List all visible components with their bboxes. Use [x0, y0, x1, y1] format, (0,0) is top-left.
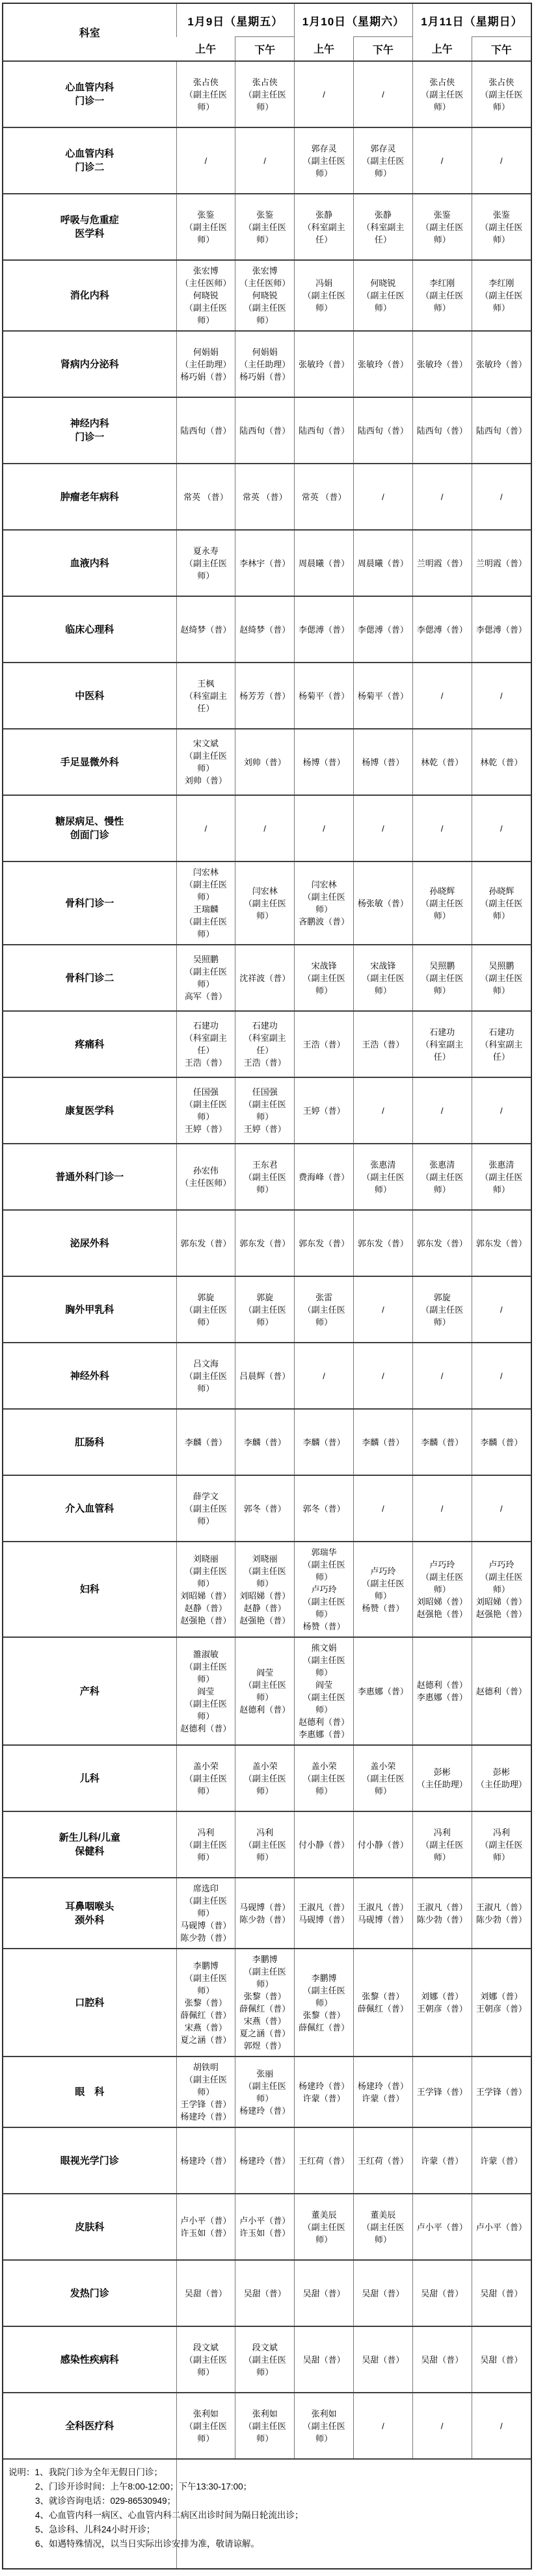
date-header-sunday: 1月11日（星期日） — [412, 4, 531, 37]
schedule-cell: / — [472, 1475, 531, 1542]
table-row: 血液内科 夏永寿 （副主任医师） 李林宇（普） 周晨曦（普） 周晨曦（普） 兰明… — [3, 530, 531, 596]
schedule-cell: 赵德利（普） — [472, 1637, 531, 1745]
schedule-cell: 杨建玲（普） — [235, 2127, 295, 2194]
schedule-cell: 陆西旬（普） — [412, 397, 472, 464]
schedule-cell: / — [353, 464, 412, 530]
schedule-cell: 胡铁明 （副主任医师） 王学锋（普） 杨建玲（普） — [176, 2057, 235, 2127]
schedule-cell: 张利如 （副主任医师） — [235, 2393, 295, 2458]
schedule-cell: 阎莹 （副主任医师） 赵德利（普） — [235, 1637, 295, 1745]
schedule-cell: / — [295, 795, 354, 861]
table-row: 消化内科 张宏博 （主任医师） 何晓锐 （副主任医师） 张宏博 （主任医师） 何… — [3, 260, 531, 331]
schedule-cell: 薛学文 （副主任医师） — [176, 1475, 235, 1542]
note-line: 6、如遇特殊情况，以当日实际出诊安排为准，敬请谅解。 — [8, 2537, 524, 2551]
department-name: 肛肠科 — [3, 1409, 176, 1475]
schedule-cell: 宋战锋 （副主任医师） — [295, 945, 354, 1011]
schedule-cell: 李麟（普） — [412, 1409, 472, 1475]
schedule-cell: 熊文娟 （副主任医师） 阎莹 （副主任医师） 赵德利（普） 李惠娜（普） — [295, 1637, 354, 1745]
schedule-cell: / — [472, 795, 531, 861]
department-name: 心血管内科 门诊一 — [3, 61, 176, 127]
department-name: 神经外科 — [3, 1343, 176, 1409]
department-name: 儿科 — [3, 1745, 176, 1811]
schedule-cell: 吴甜（普） — [295, 2260, 354, 2326]
schedule-cell: 王学锋（普） — [412, 2057, 472, 2127]
schedule-cell: / — [472, 1077, 531, 1144]
schedule-cell: 段文斌 （副主任医师） — [176, 2326, 235, 2393]
schedule-cell: 赵德利（普） 李惠娜（普） — [412, 1637, 472, 1745]
department-name: 皮肤科 — [3, 2194, 176, 2260]
schedule-cell: 周晨曦（普） — [295, 530, 354, 596]
schedule-cell: / — [472, 1276, 531, 1343]
schedule-cell: 赵绮梦（普） — [176, 596, 235, 663]
department-name: 胸外甲乳科 — [3, 1276, 176, 1343]
table-row: 心血管内科 门诊一 张占侠 （副主任医师） 张占侠 （副主任医师） / / 张占… — [3, 61, 531, 127]
schedule-cell: / — [353, 1475, 412, 1542]
schedule-cell: 董美辰 （副主任医师） — [295, 2194, 354, 2260]
schedule-cell: 周晨曦（普） — [353, 530, 412, 596]
table-row: 呼吸与危重症 医学科 张鉴 （副主任医师） 张鉴 （副主任医师） 张静 （科室副… — [3, 194, 531, 260]
schedule-table: 科室 1月9日（星期五） 1月10日（星期六） 1月11日（星期日） 上午 下午… — [3, 4, 531, 2458]
department-name: 疼痛科 — [3, 1011, 176, 1077]
schedule-cell: 杨张敏（普） — [353, 861, 412, 945]
schedule-cell: 杨菊平（普） — [295, 663, 354, 729]
department-name: 眼 科 — [3, 2057, 176, 2127]
table-row: 产科 雒淑敏 （副主任医师） 阎莹 （副主任医师） 赵德利（普） 阎莹 （副主任… — [3, 1637, 531, 1745]
schedule-cell: 李鹏博 （副主任医师） 张黎（普） 薛佩红（普） 宋燕（普） 夏之涵（普） — [176, 1949, 235, 2057]
department-column-header: 科室 — [3, 4, 176, 61]
schedule-cell: 冯利 （副主任医师） — [412, 1811, 472, 1878]
schedule-cell: 石建功 （科室副主任） — [472, 1011, 531, 1077]
schedule-cell: / — [353, 2393, 412, 2458]
schedule-cell: 常英 （普） — [176, 464, 235, 530]
schedule-cell: 石建功 （科室副主任） 王浩（普） — [235, 1011, 295, 1077]
schedule-cell: 卢巧玲 （副主任医师） 杨赞（普） — [353, 1542, 412, 1637]
table-row: 中医科 王枫 （科室副主任） 杨芳芳（普） 杨菊平（普） 杨菊平（普） / / — [3, 663, 531, 729]
schedule-cell: 李鹏博 （副主任医师） 张黎（普） 薛佩红（普） 宋燕（普） 夏之涵（普） 郭煜… — [235, 1949, 295, 2057]
department-name: 肿瘤老年病科 — [3, 464, 176, 530]
table-row: 心血管内科 门诊二 / / 郭存灵 （副主任医师） 郭存灵 （副主任医师） / … — [3, 127, 531, 194]
schedule-cell: / — [353, 61, 412, 127]
schedule-cell: / — [295, 1343, 354, 1409]
schedule-cell: 张鉴 （副主任医师） — [235, 194, 295, 260]
table-row: 皮肤科 卢小平（普） 许玉如（普） 卢小平（普） 许玉如（普） 董美辰 （副主任… — [3, 2194, 531, 2260]
table-row: 感染性疾病科 段文斌 （副主任医师） 段文斌 （副主任医师） 吴甜（普） 吴甜（… — [3, 2326, 531, 2393]
schedule-cell: / — [472, 2393, 531, 2458]
schedule-cell: 李鹏博 （副主任医师） 张黎（普） 薛佩红（普） — [295, 1949, 354, 2057]
schedule-cell: 杨菊平（普） — [353, 663, 412, 729]
schedule-cell: 吴照鹏 （副主任医师） — [472, 945, 531, 1011]
schedule-cell: 刘晓丽 （副主任医师） 刘昭娣（普） 赵静（普） 赵强艳（普） — [235, 1542, 295, 1637]
schedule-cell: 张占侠 （副主任医师） — [176, 61, 235, 127]
schedule-cell: 林乾（普） — [412, 729, 472, 795]
schedule-cell: 李惠娜（普） — [353, 1637, 412, 1745]
schedule-cell: 卢小平（普） — [412, 2194, 472, 2260]
schedule-cell: 常英 （普） — [295, 464, 354, 530]
schedule-cell: 卢巧玲 （副主任医师） 刘昭娣（普） 赵强艳（普） — [472, 1542, 531, 1637]
department-name: 普通外科门诊一 — [3, 1144, 176, 1210]
department-name: 感染性疾病科 — [3, 2326, 176, 2393]
schedule-cell: / — [353, 795, 412, 861]
schedule-cell: 吴甜（普） — [295, 2326, 354, 2393]
note-line: 3、就诊咨询电话：029-86530949； — [8, 2494, 524, 2508]
department-name: 康复医学科 — [3, 1077, 176, 1144]
department-name: 耳鼻咽喉头 颈外科 — [3, 1878, 176, 1949]
schedule-cell: 张鉴 （副主任医师） — [412, 194, 472, 260]
schedule-cell: 郭东发（普） — [353, 1210, 412, 1276]
schedule-cell: 彭彬 （主任助理） — [412, 1745, 472, 1811]
date-header-friday: 1月9日（星期五） — [176, 4, 295, 37]
department-name: 骨科门诊二 — [3, 945, 176, 1011]
department-name: 介入血管科 — [3, 1475, 176, 1542]
schedule-cell: 杨建玲（普） 许蒙（普） — [353, 2057, 412, 2127]
table-row: 发热门诊 吴甜（普） 吴甜（普） 吴甜（普） 吴甜（普） 吴甜（普） 吴甜（普） — [3, 2260, 531, 2326]
schedule-cell: 何娟娟 （主任助理） 杨巧娟（普） — [176, 331, 235, 397]
schedule-cell: 常英 （普） — [235, 464, 295, 530]
schedule-cell: 郭东发（普） — [472, 1210, 531, 1276]
schedule-cell: / — [412, 1343, 472, 1409]
schedule-cell: / — [412, 1077, 472, 1144]
schedule-cell: / — [176, 795, 235, 861]
schedule-cell: 郭冬（普） — [235, 1475, 295, 1542]
table-row: 手足显微外科 宋文斌 （副主任医师） 刘帅（普） 刘帅（普） 杨博（普） 杨博（… — [3, 729, 531, 795]
schedule-cell: 吴甜（普） — [353, 2260, 412, 2326]
schedule-cell: 卢巧玲 （副主任医师） 刘昭娣（普） 赵强艳（普） — [412, 1542, 472, 1637]
schedule-cell: 冯利 （副主任医师） — [176, 1811, 235, 1878]
schedule-cell: 吴甜（普） — [472, 2260, 531, 2326]
department-name: 发热门诊 — [3, 2260, 176, 2326]
department-name: 中医科 — [3, 663, 176, 729]
schedule-cell: 宋战锋 （副主任医师） — [353, 945, 412, 1011]
schedule-cell: 卢小平（普） — [472, 2194, 531, 2260]
department-name: 妇科 — [3, 1542, 176, 1637]
schedule-cell: / — [412, 795, 472, 861]
schedule-cell: / — [412, 2393, 472, 2458]
schedule-cell: 张丽 （副主任医师） 杨建玲（普） — [235, 2057, 295, 2127]
schedule-cell: 林乾（普） — [472, 729, 531, 795]
schedule-cell: 吴甜（普） — [235, 2260, 295, 2326]
table-row: 眼 科 胡铁明 （副主任医师） 王学锋（普） 杨建玲（普） 张丽 （副主任医师）… — [3, 2057, 531, 2127]
table-row: 临床心理科 赵绮梦（普） 赵绮梦（普） 李偲溥（普） 李偲溥（普） 李偲溥（普）… — [3, 596, 531, 663]
schedule-cell: 赵绮梦（普） — [235, 596, 295, 663]
schedule-cell: 郭存灵 （副主任医师） — [295, 127, 354, 194]
department-name: 全科医疗科 — [3, 2393, 176, 2458]
note-line: 4、心血管内科一病区、心血管内科二病区出诊时间为隔日轮流出诊； — [8, 2508, 524, 2523]
schedule-cell: 李麟（普） — [353, 1409, 412, 1475]
schedule-cell: 郭冬（普） — [295, 1475, 354, 1542]
schedule-cell: 李偲溥（普） — [353, 596, 412, 663]
schedule-cell: 孙宏伟 （主任医师） — [176, 1144, 235, 1210]
table-row: 口腔科 李鹏博 （副主任医师） 张黎（普） 薛佩红（普） 宋燕（普） 夏之涵（普… — [3, 1949, 531, 2057]
date-header-saturday: 1月10日（星期六） — [295, 4, 413, 37]
schedule-cell: 吴甜（普） — [176, 2260, 235, 2326]
schedule-cell: 卢小平（普） 许玉如（普） — [176, 2194, 235, 2260]
time-header-pm: 下午 — [472, 37, 531, 62]
table-row: 肿瘤老年病科 常英 （普） 常英 （普） 常英 （普） / / / — [3, 464, 531, 530]
time-header-pm: 下午 — [353, 37, 412, 62]
schedule-cell: 刘娜（普） 王朝彦（普） — [412, 1949, 472, 2057]
table-row: 新生儿科/儿童 保健科 冯利 （副主任医师） 冯利 （副主任医师） 付小静（普）… — [3, 1811, 531, 1878]
schedule-cell: 吕文海 （副主任医师） — [176, 1343, 235, 1409]
schedule-cell: 董美辰 （副主任医师） — [353, 2194, 412, 2260]
time-header-am: 上午 — [295, 37, 354, 62]
schedule-cell: 郭东发（普） — [235, 1210, 295, 1276]
schedule-cell: 张敏玲（普） — [412, 331, 472, 397]
schedule-cell: 李偲溥（普） — [295, 596, 354, 663]
table-row: 疼痛科 石建功 （科室副主任） 王浩（普） 石建功 （科室副主任） 王浩（普） … — [3, 1011, 531, 1077]
schedule-cell: 宋文斌 （副主任医师） 刘帅（普） — [176, 729, 235, 795]
schedule-cell: / — [353, 1077, 412, 1144]
schedule-cell: 闫宏林 （副主任医师） 吝鹏波（普） — [295, 861, 354, 945]
schedule-cell: 刘晓丽 （副主任医师） 刘昭娣（普） 赵静（普） 赵强艳（普） — [176, 1542, 235, 1637]
schedule-cell: 许蒙（普） — [412, 2127, 472, 2194]
schedule-cell: 张占侠 （副主任医师） — [412, 61, 472, 127]
schedule-cell: 段文斌 （副主任医师） — [235, 2326, 295, 2393]
schedule-cell: 李麟（普） — [472, 1409, 531, 1475]
schedule-cell: 冯利 （副主任医师） — [235, 1811, 295, 1878]
department-name: 血液内科 — [3, 530, 176, 596]
table-row: 康复医学科 任国强 （副主任医师） 王婷（普） 任国强 （副主任医师） 王婷（普… — [3, 1077, 531, 1144]
schedule-cell: 兰明霞（普） — [412, 530, 472, 596]
department-name: 产科 — [3, 1637, 176, 1745]
schedule-cell: 李偲溥（普） — [472, 596, 531, 663]
schedule-cell: 陆西旬（普） — [353, 397, 412, 464]
time-header-am: 上午 — [412, 37, 472, 62]
schedule-cell: 盖小荣 （副主任医师） — [353, 1745, 412, 1811]
schedule-cell: 许蒙（普） — [472, 2127, 531, 2194]
note-line: 说明：1、我院门诊为全年无假日门诊； — [8, 2465, 524, 2480]
schedule-cell: 张敏玲（普） — [353, 331, 412, 397]
department-name: 骨科门诊一 — [3, 861, 176, 945]
table-row: 糖尿病足、慢性 创面门诊 / / / / / / — [3, 795, 531, 861]
table-row: 眼视光学门诊 杨建玲（普） 杨建玲（普） 王红荷（普） 王红荷（普） 许蒙（普）… — [3, 2127, 531, 2194]
schedule-cell: 吕晨辉（普） — [235, 1343, 295, 1409]
schedule-cell: 张鉴 （副主任医师） — [472, 194, 531, 260]
schedule-cell: / — [472, 127, 531, 194]
schedule-cell: 李麟（普） — [176, 1409, 235, 1475]
schedule-cell: 雒淑敏 （副主任医师） 阎莹 （副主任医师） 赵德利（普） — [176, 1637, 235, 1745]
schedule-cell: 吴照鹏 （副主任医师） — [412, 945, 472, 1011]
schedule-cell: 王婷（普） — [295, 1077, 354, 1144]
schedule-cell: 兰明霞（普） — [472, 530, 531, 596]
schedule-cell: 陆西旬（普） — [295, 397, 354, 464]
schedule-cell: 任国强 （副主任医师） 王婷（普） — [176, 1077, 235, 1144]
schedule-cell: 郭瑞华 （副主任医师） 卢巧玲 （副主任医师） 杨赞（普） — [295, 1542, 354, 1637]
table-row: 泌尿外科 郭东发（普） 郭东发（普） 郭东发（普） 郭东发（普） 郭东发（普） … — [3, 1210, 531, 1276]
schedule-cell: 席选印 （副主任医师） 马砚博（普） 陈少勃（普） — [176, 1878, 235, 1949]
schedule-cell: 杨博（普） — [353, 729, 412, 795]
schedule-cell: 郭东发（普） — [295, 1210, 354, 1276]
schedule-cell: 王淑凡（普） 陈少勃（普） — [412, 1878, 472, 1949]
schedule-cell: 张静 （科室副主任） — [353, 194, 412, 260]
date-header-row: 科室 1月9日（星期五） 1月10日（星期六） 1月11日（星期日） — [3, 4, 531, 37]
table-row: 胸外甲乳科 郭旋 （副主任医师） 郭旋 （副主任医师） 张雷 （副主任医师） /… — [3, 1276, 531, 1343]
schedule-cell: / — [353, 1276, 412, 1343]
schedule-cell: 张利如 （副主任医师） — [176, 2393, 235, 2458]
schedule-cell: / — [472, 464, 531, 530]
schedule-cell: 张宏博 （主任医师） 何晓锐 （副主任医师） — [235, 260, 295, 331]
schedule-cell: 张占侠 （副主任医师） — [472, 61, 531, 127]
table-row: 耳鼻咽喉头 颈外科 席选印 （副主任医师） 马砚博（普） 陈少勃（普） 马砚博（… — [3, 1878, 531, 1949]
schedule-cell: 王浩（普） — [295, 1011, 354, 1077]
schedule-cell: 闫宏林 （副主任医师） — [235, 861, 295, 945]
department-name: 新生儿科/儿童 保健科 — [3, 1811, 176, 1878]
schedule-cell: 付小静（普） — [295, 1811, 354, 1878]
schedule-cell: 杨博（普） — [295, 729, 354, 795]
schedule-cell: / — [235, 795, 295, 861]
schedule-cell: 杨芳芳（普） — [235, 663, 295, 729]
schedule-cell: 张敏玲（普） — [472, 331, 531, 397]
schedule-cell: 张鉴 （副主任医师） — [176, 194, 235, 260]
schedule-cell: 王东君 （副主任医师） — [235, 1144, 295, 1210]
department-name: 神经内科 门诊一 — [3, 397, 176, 464]
schedule-cell: 张利如 （副主任医师） — [295, 2393, 354, 2458]
schedule-cell: 郭旋 （副主任医师） — [176, 1276, 235, 1343]
schedule-cell: 郭东发（普） — [176, 1210, 235, 1276]
table-row: 介入血管科 薛学文 （副主任医师） 郭冬（普） 郭冬（普） / / / — [3, 1475, 531, 1542]
schedule-cell: 李红刚 （副主任医师） — [472, 260, 531, 331]
schedule-cell: 刘娜（普） 王朝彦（普） — [472, 1949, 531, 2057]
schedule-cell: / — [412, 1475, 472, 1542]
schedule-cell: 付小静（普） — [353, 1811, 412, 1878]
schedule-cell: 孙晓辉 （副主任医师） — [472, 861, 531, 945]
table-row: 肾病内分泌科 何娟娟 （主任助理） 杨巧娟（普） 何娟娟 （主任助理） 杨巧娟（… — [3, 331, 531, 397]
department-name: 手足显微外科 — [3, 729, 176, 795]
table-row: 普通外科门诊一 孙宏伟 （主任医师） 王东君 （副主任医师） 费海峰（普） 张惠… — [3, 1144, 531, 1210]
notes-section: 说明：1、我院门诊为全年无假日门诊；2、门诊开诊时间：上午8:00-12:00；… — [3, 2458, 531, 2568]
schedule-cell: 李红刚 （副主任医师） — [412, 260, 472, 331]
schedule-cell: 郭东发（普） — [412, 1210, 472, 1276]
schedule-cell: / — [295, 61, 354, 127]
department-name: 泌尿外科 — [3, 1210, 176, 1276]
schedule-cell: 陆西旬（普） — [472, 397, 531, 464]
table-row: 儿科 盖小荣 （副主任医师） 盖小荣 （副主任医师） 盖小荣 （副主任医师） 盖… — [3, 1745, 531, 1811]
schedule-cell: 盖小荣 （副主任医师） — [235, 1745, 295, 1811]
schedule-cell: 李麟（普） — [295, 1409, 354, 1475]
schedule-cell: 吴甜（普） — [412, 2326, 472, 2393]
schedule-sheet: 科室 1月9日（星期五） 1月10日（星期六） 1月11日（星期日） 上午 下午… — [2, 3, 532, 2569]
schedule-cell: 张静 （科室副主任） — [295, 194, 354, 260]
department-name: 临床心理科 — [3, 596, 176, 663]
schedule-cell: / — [412, 127, 472, 194]
schedule-cell: 何娟娟 （主任助理） 杨巧娟（普） — [235, 331, 295, 397]
schedule-cell: 陆西旬（普） — [176, 397, 235, 464]
schedule-cell: 夏永寿 （副主任医师） — [176, 530, 235, 596]
schedule-cell: 陆西旬（普） — [235, 397, 295, 464]
schedule-cell: 孙晓辉 （副主任医师） — [412, 861, 472, 945]
schedule-cell: / — [176, 127, 235, 194]
schedule-cell: 王枫 （科室副主任） — [176, 663, 235, 729]
schedule-cell: 吴甜（普） — [353, 2326, 412, 2393]
schedule-cell: / — [472, 1343, 531, 1409]
schedule-cell: 郭旋 （副主任医师） — [235, 1276, 295, 1343]
schedule-cell: 郭存灵 （副主任医师） — [353, 127, 412, 194]
schedule-cell: 彭彬 （主任助理） — [472, 1745, 531, 1811]
schedule-cell: / — [353, 1343, 412, 1409]
schedule-cell: 张惠清 （副主任医师） — [353, 1144, 412, 1210]
schedule-cell: 闫宏林 （副主任医师） 王瑞麟 （副主任医师） — [176, 861, 235, 945]
schedule-cell: 盖小荣 （副主任医师） — [176, 1745, 235, 1811]
schedule-cell: 王淑凡（普） 陈少勃（普） — [472, 1878, 531, 1949]
schedule-cell: 盖小荣 （副主任医师） — [295, 1745, 354, 1811]
schedule-cell: 王红荷（普） — [353, 2127, 412, 2194]
schedule-cell: 石建功 （科室副主任） 王浩（普） — [176, 1011, 235, 1077]
schedule-cell: 李林宇（普） — [235, 530, 295, 596]
schedule-cell: 何晓锐 （副主任医师） — [353, 260, 412, 331]
schedule-cell: 张惠清 （副主任医师） — [412, 1144, 472, 1210]
department-name: 心血管内科 门诊二 — [3, 127, 176, 194]
schedule-cell: 王红荷（普） — [295, 2127, 354, 2194]
table-row: 肛肠科 李麟（普） 李麟（普） 李麟（普） 李麟（普） 李麟（普） 李麟（普） — [3, 1409, 531, 1475]
table-row: 神经外科 吕文海 （副主任医师） 吕晨辉（普） / / / / — [3, 1343, 531, 1409]
schedule-cell: 马砚博（普） 陈少勃（普） — [235, 1878, 295, 1949]
table-row: 骨科门诊一 闫宏林 （副主任医师） 王瑞麟 （副主任医师） 闫宏林 （副主任医师… — [3, 861, 531, 945]
department-name: 口腔科 — [3, 1949, 176, 2057]
schedule-cell: 吴照鹏 （副主任医师） 高军（普） — [176, 945, 235, 1011]
schedule-cell: / — [412, 663, 472, 729]
schedule-cell: 吴甜（普） — [412, 2260, 472, 2326]
schedule-cell: 李偲溥（普） — [412, 596, 472, 663]
schedule-cell: 卢小平（普） 许玉如（普） — [235, 2194, 295, 2260]
schedule-cell: 杨建玲（普） 许蒙（普） — [295, 2057, 354, 2127]
schedule-cell: 王浩（普） — [353, 1011, 412, 1077]
schedule-cell: / — [235, 127, 295, 194]
department-name: 肾病内分泌科 — [3, 331, 176, 397]
table-row: 全科医疗科 张利如 （副主任医师） 张利如 （副主任医师） 张利如 （副主任医师… — [3, 2393, 531, 2458]
schedule-cell: 冯利 （副主任医师） — [472, 1811, 531, 1878]
table-row: 妇科 刘晓丽 （副主任医师） 刘昭娣（普） 赵静（普） 赵强艳（普） 刘晓丽 （… — [3, 1542, 531, 1637]
schedule-cell: 张占侠 （副主任医师） — [235, 61, 295, 127]
schedule-cell: 石建功 （科室副主任） — [412, 1011, 472, 1077]
schedule-cell: 郭旋 （副主任医师） — [412, 1276, 472, 1343]
note-line: 5、急诊科、儿科24小时开诊； — [8, 2523, 524, 2537]
schedule-cell: 王淑凡（普） 马砚博（普） — [295, 1878, 354, 1949]
schedule-cell: 任国强 （副主任医师） 王婷（普） — [235, 1077, 295, 1144]
table-row: 神经内科 门诊一 陆西旬（普） 陆西旬（普） 陆西旬（普） 陆西旬（普） 陆西旬… — [3, 397, 531, 464]
schedule-cell: 王淑凡（普） 马砚博（普） — [353, 1878, 412, 1949]
schedule-cell: 李麟（普） — [235, 1409, 295, 1475]
schedule-cell: 张惠清 （副主任医师） — [472, 1144, 531, 1210]
schedule-cell: 张宏博 （主任医师） 何晓锐 （副主任医师） — [176, 260, 235, 331]
schedule-cell: 沈祥波（普） — [235, 945, 295, 1011]
schedule-cell: 张敏玲（普） — [295, 331, 354, 397]
schedule-cell: 刘帅（普） — [235, 729, 295, 795]
department-name: 消化内科 — [3, 260, 176, 331]
department-name: 呼吸与危重症 医学科 — [3, 194, 176, 260]
schedule-cell: 杨建玲（普） — [176, 2127, 235, 2194]
schedule-cell: / — [472, 663, 531, 729]
notes-column-divider — [176, 2460, 177, 2568]
schedule-cell: 张雷 （副主任医师） — [295, 1276, 354, 1343]
department-name: 糖尿病足、慢性 创面门诊 — [3, 795, 176, 861]
department-name: 眼视光学门诊 — [3, 2127, 176, 2194]
schedule-cell: 冯娟 （副主任医师） — [295, 260, 354, 331]
table-row: 骨科门诊二 吴照鹏 （副主任医师） 高军（普） 沈祥波（普） 宋战锋 （副主任医… — [3, 945, 531, 1011]
time-header-pm: 下午 — [235, 37, 295, 62]
schedule-cell: 王学锋（普） — [472, 2057, 531, 2127]
schedule-cell: / — [412, 464, 472, 530]
schedule-cell: 张黎（普） 薛佩红（普） — [353, 1949, 412, 2057]
time-header-am: 上午 — [176, 37, 235, 62]
schedule-cell: 吴甜（普） — [472, 2326, 531, 2393]
schedule-cell: 费海峰（普） — [295, 1144, 354, 1210]
note-line: 2、门诊开诊时间：上午8:00-12:00；下午13:30-17:00； — [8, 2480, 524, 2494]
